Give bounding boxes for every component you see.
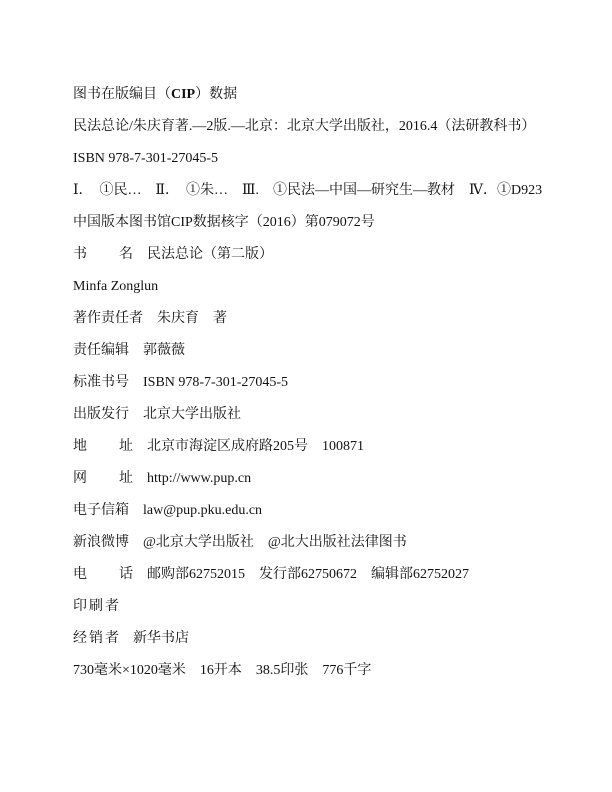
title-value: 民法总论（第二版） — [147, 247, 273, 262]
email-link[interactable]: law@pup.pku.edu.cn — [143, 503, 262, 518]
phone-label: 电话 — [73, 566, 133, 583]
address-value: 北京市海淀区成府路205号 100871 — [147, 439, 364, 454]
weibo-value: @北京大学出版社 @北大出版社法律图书 — [143, 535, 407, 550]
colophon-publisher-row: 出版发行北京大学出版社 — [73, 406, 553, 423]
phone-label-b: 话 — [119, 566, 133, 583]
cip-heading-bold: CIP — [171, 87, 195, 102]
cip-heading-suffix: ）数据 — [195, 87, 237, 102]
website-label-b: 址 — [119, 470, 133, 487]
colophon-distributor-row: 经销者新华书店 — [73, 630, 553, 647]
colophon-address-row: 地址北京市海淀区成府路205号 100871 — [73, 438, 553, 455]
distributor-label-3: 者 — [105, 630, 119, 647]
author-label: 著作责任者 — [73, 311, 143, 326]
website-label: 网址 — [73, 470, 133, 487]
title-label-a: 书 — [73, 246, 87, 263]
address-label-b: 址 — [119, 438, 133, 455]
publisher-value: 北京大学出版社 — [143, 407, 241, 422]
address-label: 地址 — [73, 438, 133, 455]
isbn-label: 标准书号 — [73, 375, 129, 390]
title-label: 书名 — [73, 246, 133, 263]
weibo-label: 新浪微博 — [73, 535, 129, 550]
distributor-label-1: 经 — [73, 630, 87, 647]
cip-entry: 民法总论/朱庆育著.—2版.—北京：北京大学出版社，2016.4（法研教科书） — [73, 118, 553, 135]
colophon-weibo-row: 新浪微博@北京大学出版社 @北大出版社法律图书 — [73, 534, 553, 551]
title-label-b: 名 — [119, 246, 133, 263]
website-link[interactable]: http://www.pup.cn — [147, 471, 251, 486]
copyright-page: 图书在版编目（CIP）数据 民法总论/朱庆育著.—2版.—北京：北京大学出版社，… — [73, 86, 553, 694]
editor-value: 郭薇薇 — [143, 343, 185, 358]
cip-heading: 图书在版编目（CIP）数据 — [73, 86, 553, 103]
editor-label: 责任编辑 — [73, 343, 129, 358]
colophon-email-row: 电子信箱law@pup.pku.edu.cn — [73, 502, 553, 519]
author-value: 朱庆育 著 — [157, 311, 227, 326]
printer-label-3: 者 — [105, 598, 119, 615]
isbn-value: ISBN 978-7-301-27045-5 — [143, 375, 288, 390]
phone-label-a: 电 — [73, 566, 87, 583]
publisher-label: 出版发行 — [73, 407, 129, 422]
phone-value: 邮购部62752015 发行部62750672 编辑部62752027 — [147, 567, 469, 582]
cip-isbn: ISBN 978-7-301-27045-5 — [73, 150, 553, 167]
colophon-website-row: 网址http://www.pup.cn — [73, 470, 553, 487]
colophon-printer-row: 印刷者 — [73, 598, 553, 615]
colophon-specs: 730毫米×1020毫米 16开本 38.5印张 776千字 — [73, 662, 553, 679]
printer-label-1: 印 — [73, 598, 87, 615]
distributor-value: 新华书店 — [133, 631, 189, 646]
email-label: 电子信箱 — [73, 503, 129, 518]
colophon-phone-row: 电话邮购部62752015 发行部62750672 编辑部62752027 — [73, 566, 553, 583]
colophon-author-row: 著作责任者朱庆育 著 — [73, 310, 553, 327]
colophon-title-row: 书名民法总论（第二版） — [73, 246, 553, 263]
distributor-label: 经销者 — [73, 630, 119, 647]
printer-label: 印刷者 — [73, 598, 119, 615]
printer-label-2: 刷 — [89, 598, 103, 615]
website-label-a: 网 — [73, 470, 87, 487]
cip-classification: Ⅰ． ①民… Ⅱ． ①朱… Ⅲ. ①民法—中国—研究生—教材 Ⅳ．①D923 — [73, 182, 553, 199]
colophon-pinyin: Minfa Zonglun — [73, 278, 553, 295]
cip-heading-prefix: 图书在版编目（ — [73, 87, 171, 102]
distributor-label-2: 销 — [89, 630, 103, 647]
colophon-editor-row: 责任编辑郭薇薇 — [73, 342, 553, 359]
cip-verification: 中国版本图书馆CIP数据核字（2016）第079072号 — [73, 214, 553, 231]
colophon-isbn-row: 标准书号ISBN 978-7-301-27045-5 — [73, 374, 553, 391]
address-label-a: 地 — [73, 438, 87, 455]
